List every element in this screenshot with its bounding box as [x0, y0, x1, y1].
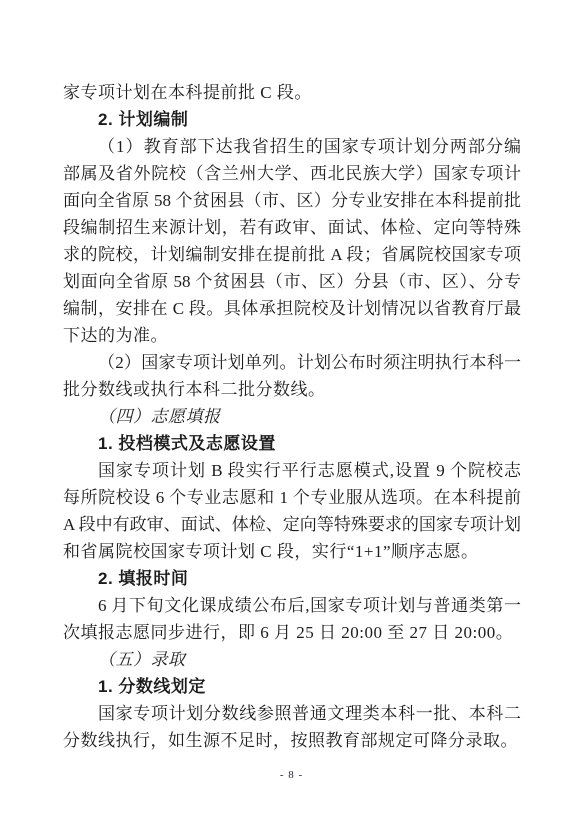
text-line: （2）国家专项计划单列。计划公布时须注明执行本科一	[63, 349, 521, 376]
text-line: 编制，安排在 C 段。具体承担院校及计划情况以省教育厅最终	[63, 295, 521, 322]
text-line: 2. 填报时间	[63, 565, 521, 592]
text-line: 6 月下旬文化课成绩公布后,国家专项计划与普通类第一	[63, 592, 521, 619]
text-line: 家专项计划在本科提前批 C 段。	[63, 79, 521, 106]
text-line: 国家专项计划 B 段实行平行志愿模式,设置 9 个院校志愿，	[63, 457, 521, 484]
document-content: 家专项计划在本科提前批 C 段。2. 计划编制（1）教育部下达我省招生的国家专项…	[63, 79, 521, 754]
text-line: 2. 计划编制	[63, 106, 521, 133]
text-line: 次填报志愿同步进行，即 6 月 25 日 20:00 至 27 日 20:00。	[63, 619, 521, 646]
text-line: 下达的为准。	[63, 322, 521, 349]
text-line: 国家专项计划分数线参照普通文理类本科一批、本科二批	[63, 700, 521, 727]
text-line: 1. 投档模式及志愿设置	[63, 430, 521, 457]
text-line: A 段中有政审、面试、体检、定向等特殊要求的国家专项计划	[63, 511, 521, 538]
text-line: 和省属院校国家专项计划 C 段，实行“1+1”顺序志愿。	[63, 538, 521, 565]
document-page: 家专项计划在本科提前批 C 段。2. 计划编制（1）教育部下达我省招生的国家专项…	[0, 0, 583, 836]
text-line: （1）教育部下达我省招生的国家专项计划分两部分编制：	[63, 133, 521, 160]
text-line: 批分数线或执行本科二批分数线。	[63, 376, 521, 403]
text-line: 面向全省原 58 个贫困县（市、区）分专业安排在本科提前批 B	[63, 187, 521, 214]
text-line: 求的院校，计划编制安排在提前批 A 段；省属院校国家专项计	[63, 241, 521, 268]
text-line: （五）录取	[63, 646, 521, 673]
text-line: 部属及省外院校（含兰州大学、西北民族大学）国家专项计划	[63, 160, 521, 187]
text-line: 分数线执行，如生源不足时，按照教育部规定可降分录取。	[63, 727, 521, 754]
text-line: 每所院校设 6 个专业志愿和 1 个专业服从选项。在本科提前批	[63, 484, 521, 511]
text-line: 1. 分数线划定	[63, 673, 521, 700]
text-line: （四）志愿填报	[63, 403, 521, 430]
text-line: 划面向全省原 58 个贫困县（市、区）分县（市、区）、分专业	[63, 268, 521, 295]
page-number: - 8 -	[0, 769, 583, 781]
text-line: 段编制招生来源计划，若有政审、面试、体检、定向等特殊要	[63, 214, 521, 241]
